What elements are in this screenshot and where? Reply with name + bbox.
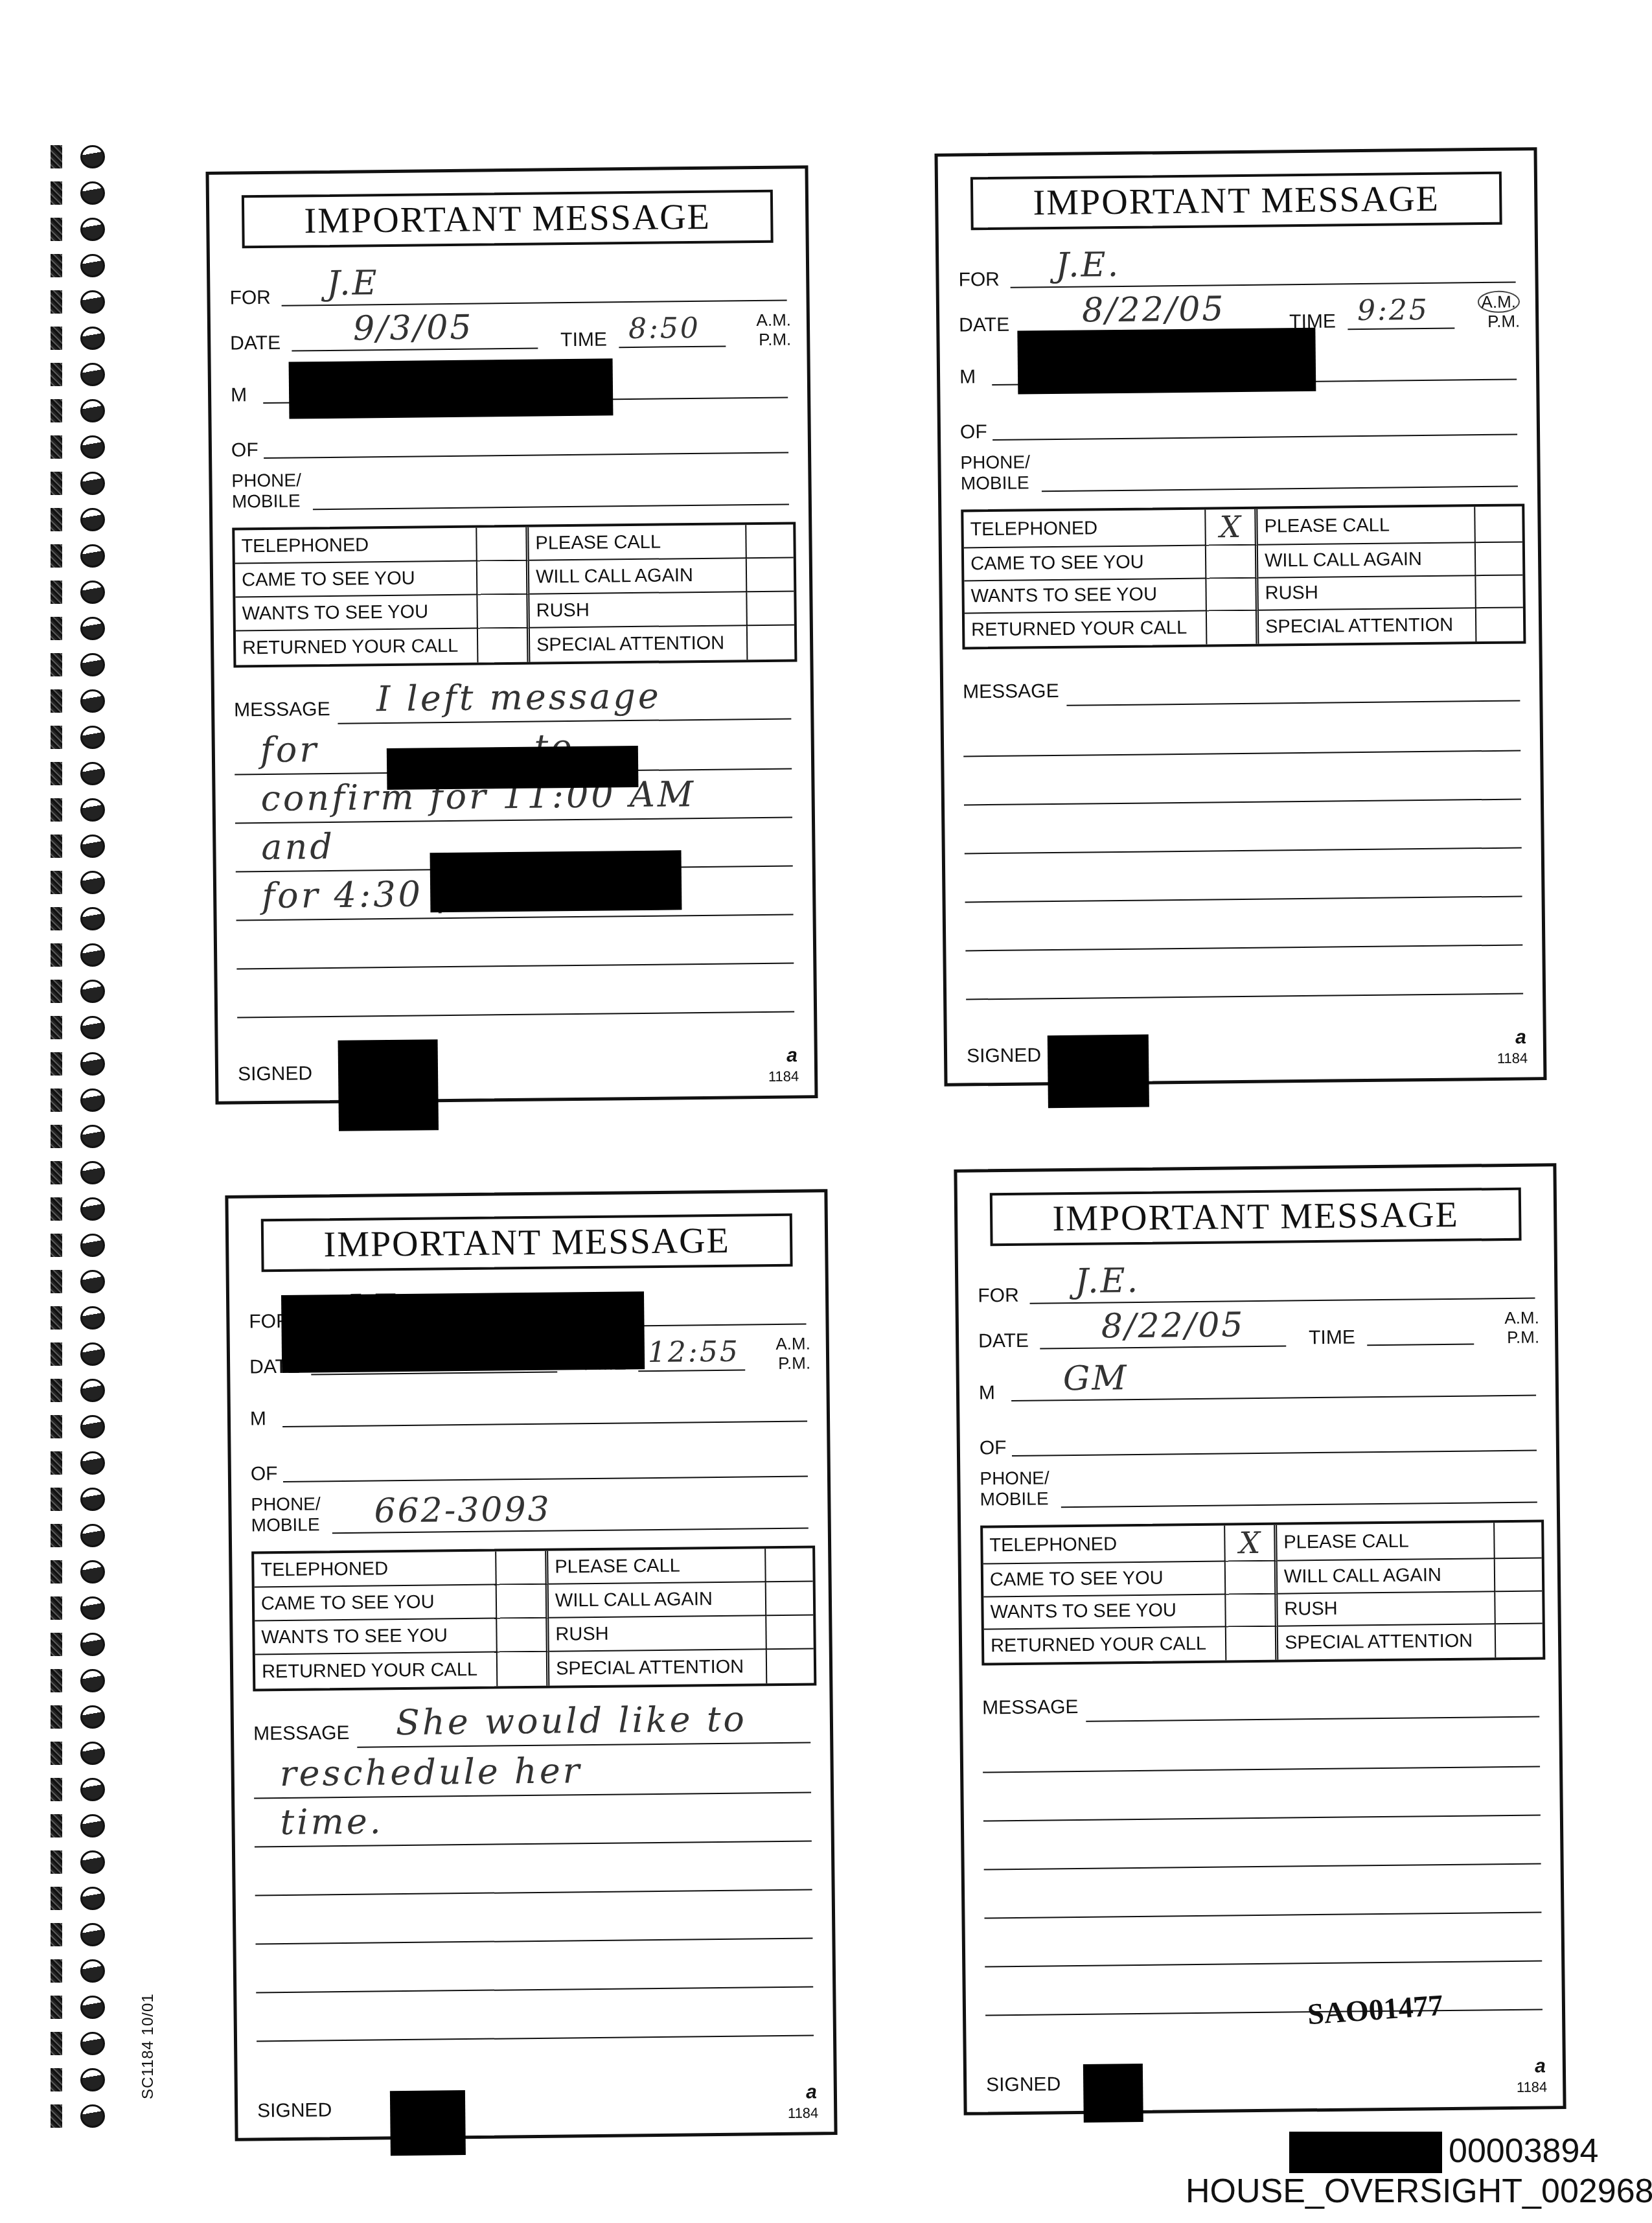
form-number: 1184 (1517, 2079, 1548, 2095)
checkbox-label: PLEASE CALL (1277, 1523, 1495, 1561)
checkbox-label: TELEPHONED (983, 1526, 1226, 1565)
message-label: MESSAGE (253, 1722, 350, 1745)
checkbox-label: TELEPHONED (963, 510, 1206, 549)
checkbox-label: RUSH (549, 1616, 767, 1652)
checkbox-label: WANTS TO SEE YOU (983, 1595, 1226, 1630)
binding-ring (51, 796, 115, 824)
signed-label: SIGNED (967, 1044, 1041, 1067)
redaction-bar (1289, 2132, 1442, 2173)
binding-ring (51, 1957, 115, 1985)
message-rule (985, 1960, 1542, 1967)
message-rule (237, 1011, 794, 1018)
checkbox-telephoned[interactable] (477, 527, 529, 562)
checkbox-table: TELEPHONEDPLEASE CALLCAME TO SEE YOUWILL… (251, 1545, 816, 1691)
binding-ring (51, 1013, 115, 1042)
checkbox-label: CAME TO SEE YOU (255, 1585, 498, 1622)
checkbox-label: WANTS TO SEE YOU (964, 579, 1207, 614)
message-rule (984, 1911, 1541, 1918)
message-rule (964, 798, 1521, 805)
message-rule (257, 2034, 814, 2042)
spiral-binding (51, 143, 115, 2125)
date-time-field: DATE 9/3/05 TIME 8:50 A.M. P.M. (230, 312, 788, 356)
of-field: OF (231, 419, 789, 463)
slip-title: IMPORTANT MESSAGE (323, 1220, 730, 1266)
message-text-line: She would like to (396, 1699, 748, 1744)
checkbox-wants-to-see-you[interactable] (497, 1618, 549, 1653)
checkbox-rush[interactable] (747, 592, 794, 626)
binding-ring (51, 360, 115, 389)
binding-ring (51, 1304, 115, 1332)
binding-ring (51, 1340, 115, 1368)
checkbox-label: TELEPHONED (235, 528, 477, 564)
time-value: 8:50 (628, 312, 700, 345)
checkbox-label: PLEASE CALL (529, 525, 747, 561)
checkbox-telephoned[interactable]: X (1225, 1525, 1278, 1562)
phone-value: 662-3093 (374, 1490, 551, 1531)
slip-title: IMPORTANT MESSAGE (1033, 178, 1440, 224)
binding-ring (51, 1594, 115, 1622)
redaction-bar (289, 358, 614, 419)
am-label: A.M. (775, 1333, 810, 1353)
phone-field: PHONE/MOBILE (980, 1462, 1537, 1513)
phone-field: PHONE/MOBILE 662-3093 (251, 1488, 809, 1539)
checkbox-special-attention[interactable] (1496, 1624, 1543, 1657)
signed-label: SIGNED (257, 2099, 332, 2122)
form-number: 1184 (768, 1068, 799, 1085)
pm-label: P.M. (1478, 311, 1520, 331)
am-label: A.M. (1504, 1307, 1539, 1328)
of-field: OF (250, 1442, 808, 1487)
checkbox-returned-your-call[interactable] (1207, 611, 1259, 645)
publisher-logo-icon: a (1515, 1026, 1526, 1048)
checkbox-will-call-again[interactable] (1495, 1558, 1543, 1591)
checkbox-label: SPECIAL ATTENTION (549, 1650, 768, 1686)
binding-ring (51, 832, 115, 860)
message-rule (983, 1814, 1541, 1821)
checkbox-wants-to-see-you[interactable] (1226, 1594, 1278, 1628)
binding-ring (51, 2029, 115, 2058)
binding-ring (51, 324, 115, 352)
binding-ring (51, 542, 115, 570)
checkbox-label: SPECIAL ATTENTION (1278, 1625, 1497, 1660)
checkbox-came-to-see-you[interactable] (1226, 1561, 1278, 1595)
redaction-bar (1048, 1035, 1149, 1109)
form-number: 1184 (1497, 1050, 1528, 1066)
binding-ring (51, 1195, 115, 1223)
binding-ring (51, 1703, 115, 1731)
pm-label: P.M. (776, 1353, 811, 1373)
checkbox-please-call[interactable] (766, 1548, 813, 1582)
message-text-line: time. (280, 1801, 384, 1843)
binding-ring (51, 1775, 115, 1804)
binding-ring (51, 179, 115, 207)
binding-ring (51, 1050, 115, 1078)
binding-ring (51, 1848, 115, 1876)
binding-ring (51, 505, 115, 534)
message-slip-3: IMPORTANT MESSAGE FOR J.E DATE 9/4/05 TI… (225, 1189, 837, 2141)
message-slip-4: IMPORTANT MESSAGE FOR J.E. DATE 8/22/05 … (954, 1163, 1566, 2115)
message-rule (984, 1863, 1541, 1870)
checkbox-table: TELEPHONEDXPLEASE CALLCAME TO SEE YOUWIL… (961, 503, 1526, 649)
time-value: 12:55 (648, 1335, 740, 1369)
checkbox-will-call-again[interactable] (1476, 542, 1523, 575)
checkbox-telephoned[interactable] (496, 1551, 549, 1585)
binding-ring (51, 1920, 115, 1949)
signed-label: SIGNED (238, 1063, 312, 1085)
message-rule (963, 750, 1520, 757)
pm-label: P.M. (757, 329, 792, 349)
checkbox-special-attention[interactable] (748, 625, 795, 660)
checkbox-wants-to-see-you[interactable] (477, 595, 530, 629)
checkbox-label: PLEASE CALL (1257, 507, 1476, 546)
redaction-bar (387, 746, 639, 790)
message-rule (357, 1742, 810, 1747)
slip-title: IMPORTANT MESSAGE (304, 196, 711, 242)
message-rule (985, 2009, 1543, 2016)
message-rule (966, 993, 1523, 1000)
am-pm-selector: A.M. P.M. (775, 1333, 810, 1373)
binding-ring (51, 1884, 115, 1913)
signed-label: SIGNED (986, 2073, 1061, 2096)
binding-ring (51, 1158, 115, 1187)
message-label: MESSAGE (963, 680, 1059, 704)
binding-ring (51, 2066, 115, 2094)
binding-ring (51, 143, 115, 171)
binding-ring (51, 578, 115, 606)
pm-label: P.M. (1505, 1327, 1540, 1347)
message-rule (965, 944, 1522, 951)
checkbox-rush[interactable] (1495, 1591, 1543, 1624)
checkbox-label: CAME TO SEE YOU (983, 1562, 1226, 1598)
checkbox-will-call-again[interactable] (747, 558, 794, 592)
checkbox-returned-your-call[interactable] (1226, 1627, 1279, 1661)
slip-title-box: IMPORTANT MESSAGE (242, 190, 774, 249)
binding-ring (51, 941, 115, 969)
checkbox-label: WILL CALL AGAIN (529, 559, 748, 595)
redaction-bar (390, 2090, 466, 2156)
checkbox-label: WILL CALL AGAIN (1278, 1559, 1496, 1594)
for-value: J.E. (1055, 246, 1120, 285)
message-rule (338, 718, 791, 724)
checkbox-label: CAME TO SEE YOU (964, 546, 1207, 582)
message-label: MESSAGE (982, 1696, 1079, 1720)
for-field: FOR J.E. (978, 1264, 1535, 1309)
bates-number: HOUSE_OVERSIGHT_002968 (1186, 2172, 1652, 2211)
checkbox-label: RUSH (1278, 1592, 1496, 1627)
binding-ring (51, 215, 115, 244)
checkbox-label: RETURNED YOUR CALL (236, 629, 479, 665)
date-time-field: DATE 8/22/05 TIME A.M. P.M. (978, 1309, 1536, 1354)
message-label: MESSAGE (234, 698, 330, 722)
date-value: 9/3/05 (353, 308, 474, 349)
binding-ring (51, 1412, 115, 1441)
checkbox-label: SPECIAL ATTENTION (1259, 609, 1477, 644)
binding-ring (51, 759, 115, 788)
for-value: J.E (327, 264, 379, 303)
binding-ring (51, 2102, 115, 2130)
checkbox-came-to-see-you[interactable] (477, 561, 530, 595)
redaction-bar (1017, 328, 1316, 395)
checkbox-label: WANTS TO SEE YOU (235, 595, 478, 632)
date-value: 8/22/05 (1101, 1306, 1245, 1346)
message-rule (965, 847, 1522, 854)
binding-ring (51, 651, 115, 679)
publisher-logo-icon: a (1535, 2055, 1546, 2077)
m-field: M GM (979, 1361, 1537, 1406)
checkbox-label: WANTS TO SEE YOU (255, 1619, 498, 1655)
binding-ring (51, 723, 115, 752)
checkbox-label: WILL CALL AGAIN (1258, 543, 1476, 578)
message-slip-2: IMPORTANT MESSAGE FOR J.E. DATE 8/22/05 … (934, 147, 1546, 1087)
am-label: A.M. (1477, 292, 1520, 312)
binding-ring (51, 614, 115, 643)
binding-ring (51, 1993, 115, 2021)
message-rule (983, 1766, 1540, 1773)
checkbox-special-attention[interactable] (767, 1649, 814, 1683)
m-field: M (250, 1387, 808, 1432)
am-pm-selector: A.M. P.M. (1477, 292, 1520, 331)
message-slip-1: IMPORTANT MESSAGE FOR J.E DATE 9/3/05 TI… (205, 165, 818, 1105)
checkbox-returned-your-call[interactable] (498, 1652, 550, 1687)
publisher-logo-icon: a (786, 1044, 797, 1066)
am-label: A.M. (756, 310, 791, 330)
message-text-line: I left message (376, 676, 662, 720)
phone-field: PHONE/MOBILE (231, 464, 789, 515)
binding-ring (51, 397, 115, 425)
bates-number-secondary: 00003894 (1449, 2132, 1598, 2171)
checkbox-label: RETURNED YOUR CALL (255, 1653, 498, 1689)
of-field: OF (960, 400, 1518, 445)
checkbox-telephoned[interactable]: X (1206, 509, 1258, 546)
checkbox-label: TELEPHONED (254, 1552, 497, 1588)
binding-ring (51, 469, 115, 498)
date-value: 8/22/05 (1082, 290, 1226, 330)
time-value: 9:25 (1357, 294, 1429, 327)
checkbox-will-call-again[interactable] (766, 1582, 814, 1616)
checkbox-label: SPECIAL ATTENTION (530, 626, 748, 662)
binding-ring (51, 1812, 115, 1840)
slip-title: IMPORTANT MESSAGE (1052, 1194, 1459, 1240)
of-field: OF (979, 1416, 1537, 1461)
checkbox-table: TELEPHONEDPLEASE CALLCAME TO SEE YOUWILL… (232, 522, 797, 667)
checkbox-label: PLEASE CALL (548, 1549, 766, 1585)
checkbox-label: RETURNED YOUR CALL (984, 1628, 1227, 1663)
checkbox-returned-your-call[interactable] (478, 628, 531, 663)
binding-ring (51, 288, 115, 316)
binding-ring (51, 1267, 115, 1296)
slip-title-box: IMPORTANT MESSAGE (970, 172, 1502, 231)
for-field: FOR J.E. (958, 248, 1516, 293)
binding-ring (51, 1449, 115, 1477)
binding-ring (51, 1231, 115, 1260)
redaction-bar (281, 1291, 645, 1373)
slip-title-box: IMPORTANT MESSAGE (261, 1214, 793, 1273)
checkbox-label: CAME TO SEE YOU (235, 562, 478, 598)
form-number: 1184 (788, 2104, 819, 2121)
am-pm-selector: A.M. P.M. (1504, 1307, 1539, 1347)
message-rule (255, 1889, 812, 1896)
binding-ring (51, 1739, 115, 1768)
binding-ring (51, 251, 115, 280)
checkbox-label: RETURNED YOUR CALL (965, 612, 1208, 647)
redaction-bar (430, 850, 682, 912)
binding-ring (51, 1630, 115, 1659)
checkbox-rush[interactable] (766, 1615, 814, 1650)
binding-ring (51, 1122, 115, 1151)
checkbox-label: WILL CALL AGAIN (549, 1582, 767, 1618)
checkbox-came-to-see-you[interactable] (497, 1585, 549, 1619)
binding-ring (51, 1485, 115, 1514)
binding-ring (51, 1376, 115, 1405)
message-rule (236, 962, 794, 969)
binding-ring (51, 433, 115, 461)
phone-field: PHONE/MOBILE (960, 446, 1518, 497)
checkbox-please-call[interactable] (746, 524, 794, 559)
publisher-logo-icon: a (806, 2081, 817, 2103)
checkbox-label: RUSH (1258, 576, 1476, 611)
checkbox-came-to-see-you[interactable] (1206, 546, 1259, 579)
binding-ring (51, 1666, 115, 1695)
checkbox-special-attention[interactable] (1476, 608, 1524, 641)
redaction-bar (338, 1039, 439, 1131)
checkbox-wants-to-see-you[interactable] (1206, 578, 1259, 612)
binding-ring (51, 1558, 115, 1586)
message-rule (1086, 1716, 1539, 1722)
am-pm-selector: A.M. P.M. (756, 310, 791, 349)
checkbox-label: RUSH (529, 592, 748, 628)
message-rule (965, 895, 1522, 903)
binding-ring (51, 1521, 115, 1550)
binding-ring (51, 1086, 115, 1114)
message-rule (256, 1986, 813, 1993)
redaction-bar (1083, 2064, 1143, 2123)
m-value: GM (1062, 1359, 1128, 1398)
checkbox-please-call[interactable] (1495, 1522, 1542, 1559)
message-text-line: reschedule her (279, 1750, 582, 1794)
message-rule (255, 1937, 812, 1944)
checkbox-please-call[interactable] (1475, 506, 1522, 543)
checkbox-table: TELEPHONEDXPLEASE CALLCAME TO SEE YOUWIL… (980, 1519, 1545, 1665)
slip-title-box: IMPORTANT MESSAGE (990, 1188, 1522, 1247)
message-rule (1066, 700, 1520, 706)
binding-form-code: SC1184 10/01 (139, 1993, 157, 2099)
binding-ring (51, 868, 115, 897)
binding-ring (51, 977, 115, 1006)
checkbox-rush[interactable] (1476, 575, 1523, 608)
for-value: J.E. (1075, 1261, 1140, 1301)
binding-ring (51, 904, 115, 933)
binding-ring (51, 687, 115, 715)
for-field: FOR J.E (229, 266, 787, 311)
